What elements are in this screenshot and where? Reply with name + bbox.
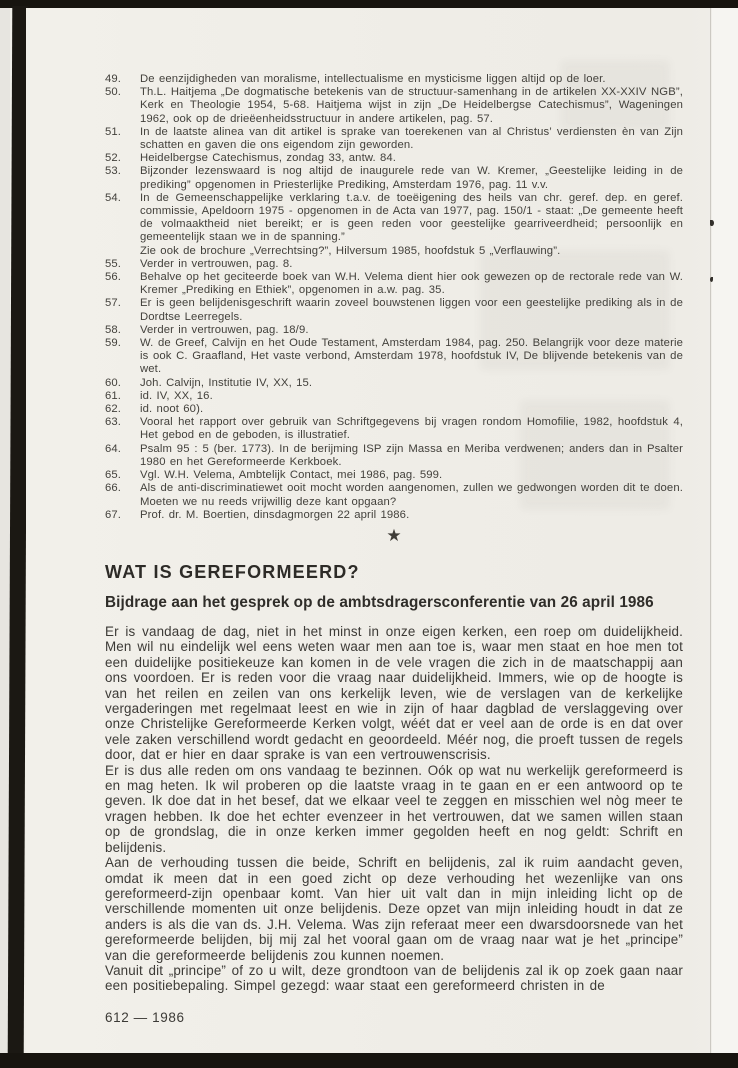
footnote-text: Psalm 95 : 5 (ber. 1773). In de berijmin…: [140, 443, 683, 469]
footnote-item: 49. De eenzijdigheden van moralisme, int…: [105, 73, 683, 86]
footnote-text: Er is geen belijdenisgeschrift waarin zo…: [140, 297, 683, 323]
page-right-edge: [712, 8, 738, 1053]
footnote-number: 58.: [105, 324, 140, 337]
footnote-text: In de Gemeenschappelijke verklaring t.a.…: [140, 192, 683, 258]
footnote-text: Verder in vertrouwen, pag. 8.: [140, 258, 683, 271]
footnote-item: 56. Behalve op het geciteerde boek van W…: [105, 271, 683, 297]
footnote-text: In de laatste alinea van dit artikel is …: [140, 126, 683, 152]
footnote-number: 49.: [105, 73, 140, 86]
scan-bottom-edge: [0, 1053, 738, 1068]
footnote-item: 53. Bijzonder lezenswaard is nog altijd …: [105, 165, 683, 191]
section-divider: ★: [105, 527, 683, 547]
footnote-text: id. noot 60).: [140, 403, 683, 416]
footnote-text: Heidelbergse Catechismus, zondag 33, ant…: [140, 152, 683, 165]
footnote-item: 52. Heidelbergse Catechismus, zondag 33,…: [105, 152, 683, 165]
footnote-item: 67. Prof. dr. M. Boertien, dinsdagmorgen…: [105, 509, 683, 522]
footnote-number: 64.: [105, 443, 140, 456]
footnote-list: 49. De eenzijdigheden van moralisme, int…: [105, 73, 683, 522]
article-body: Er is vandaag de dag, niet in het minst …: [105, 624, 683, 994]
footnote-item: 60. Joh. Calvijn, Institutie IV, XX, 15.: [105, 377, 683, 390]
article-subtitle: Bijdrage aan het gesprek op de ambtsdrag…: [105, 593, 683, 612]
footnote-number: 55.: [105, 258, 140, 271]
footnote-item: 51. In de laatste alinea van dit artikel…: [105, 126, 683, 152]
footnote-text: id. IV, XX, 16.: [140, 390, 683, 403]
footnote-number: 51.: [105, 126, 140, 139]
page-number: 612 — 1986: [105, 1010, 683, 1025]
footnote-item: 62. id. noot 60).: [105, 403, 683, 416]
footnote-text: De eenzijdigheden van moralisme, intelle…: [140, 73, 683, 86]
footnote-number: 50.: [105, 86, 140, 99]
footnote-item: 61. id. IV, XX, 16.: [105, 390, 683, 403]
footnote-number: 63.: [105, 416, 140, 429]
article-paragraph: Aan de verhouding tussen die beide, Schr…: [105, 855, 683, 963]
footnote-item: 65. Vgl. W.H. Velema, Ambtelijk Contact,…: [105, 469, 683, 482]
footnote-text: Th.L. Haitjema „De dogmatische betekenis…: [140, 86, 683, 126]
article-paragraph: Er is vandaag de dag, niet in het minst …: [105, 624, 683, 763]
page-edge-line: [710, 8, 711, 1053]
footnote-text: W. de Greef, Calvijn en het Oude Testame…: [140, 337, 683, 377]
footnote-text: Bijzonder lezenswaard is nog altijd de i…: [140, 165, 683, 191]
footnote-text: Joh. Calvijn, Institutie IV, XX, 15.: [140, 377, 683, 390]
footnote-number: 66.: [105, 482, 140, 495]
footnote-text: Prof. dr. M. Boertien, dinsdagmorgen 22 …: [140, 509, 683, 522]
star-icon: ★: [386, 527, 401, 545]
footnote-number: 60.: [105, 377, 140, 390]
footnote-item: 64. Psalm 95 : 5 (ber. 1773). In de beri…: [105, 443, 683, 469]
footnote-item: 59. W. de Greef, Calvijn en het Oude Tes…: [105, 337, 683, 377]
footnote-item: 63. Vooral het rapport over gebruik van …: [105, 416, 683, 442]
footnote-number: 62.: [105, 403, 140, 416]
footnote-number: 59.: [105, 337, 140, 350]
footnote-number: 53.: [105, 165, 140, 178]
article-section: ★ WAT IS GEREFORMEERD? Bijdrage aan het …: [105, 527, 683, 1025]
footnote-text: Behalve op het geciteerde boek van W.H. …: [140, 271, 683, 297]
footnote-number: 61.: [105, 390, 140, 403]
footnote-number: 65.: [105, 469, 140, 482]
footnote-text: Als de anti-discriminatiewet ooit mocht …: [140, 482, 683, 508]
footnote-item: 66. Als de anti-discriminatiewet ooit mo…: [105, 482, 683, 508]
scan-artifact: [710, 277, 713, 282]
footnote-number: 67.: [105, 509, 140, 522]
scan-top-edge: [0, 0, 738, 8]
footnote-item: 55. Verder in vertrouwen, pag. 8.: [105, 258, 683, 271]
footnote-number: 56.: [105, 271, 140, 284]
footnote-number: 57.: [105, 297, 140, 310]
footnote-item: 57. Er is geen belijdenisgeschrift waari…: [105, 297, 683, 323]
footnote-text: Verder in vertrouwen, pag. 18/9.: [140, 324, 683, 337]
footnote-item: 58. Verder in vertrouwen, pag. 18/9.: [105, 324, 683, 337]
article-paragraph: Er is dus alle reden om ons vandaag te b…: [105, 763, 683, 855]
footnote-text: Vgl. W.H. Velema, Ambtelijk Contact, mei…: [140, 469, 683, 482]
footnote-item: 54. In de Gemeenschappelijke verklaring …: [105, 192, 683, 258]
scan-artifact: [710, 220, 714, 226]
article-title: WAT IS GEREFORMEERD?: [105, 561, 683, 583]
footnote-text: Vooral het rapport over gebruik van Schr…: [140, 416, 683, 442]
footnote-number: 52.: [105, 152, 140, 165]
article-paragraph: Vanuit dit „principe” of zo u wilt, deze…: [105, 963, 683, 994]
footnote-item: 50. Th.L. Haitjema „De dogmatische betek…: [105, 86, 683, 126]
footnote-number: 54.: [105, 192, 140, 205]
scanned-book-page: 49. De eenzijdigheden van moralisme, int…: [0, 0, 738, 1068]
